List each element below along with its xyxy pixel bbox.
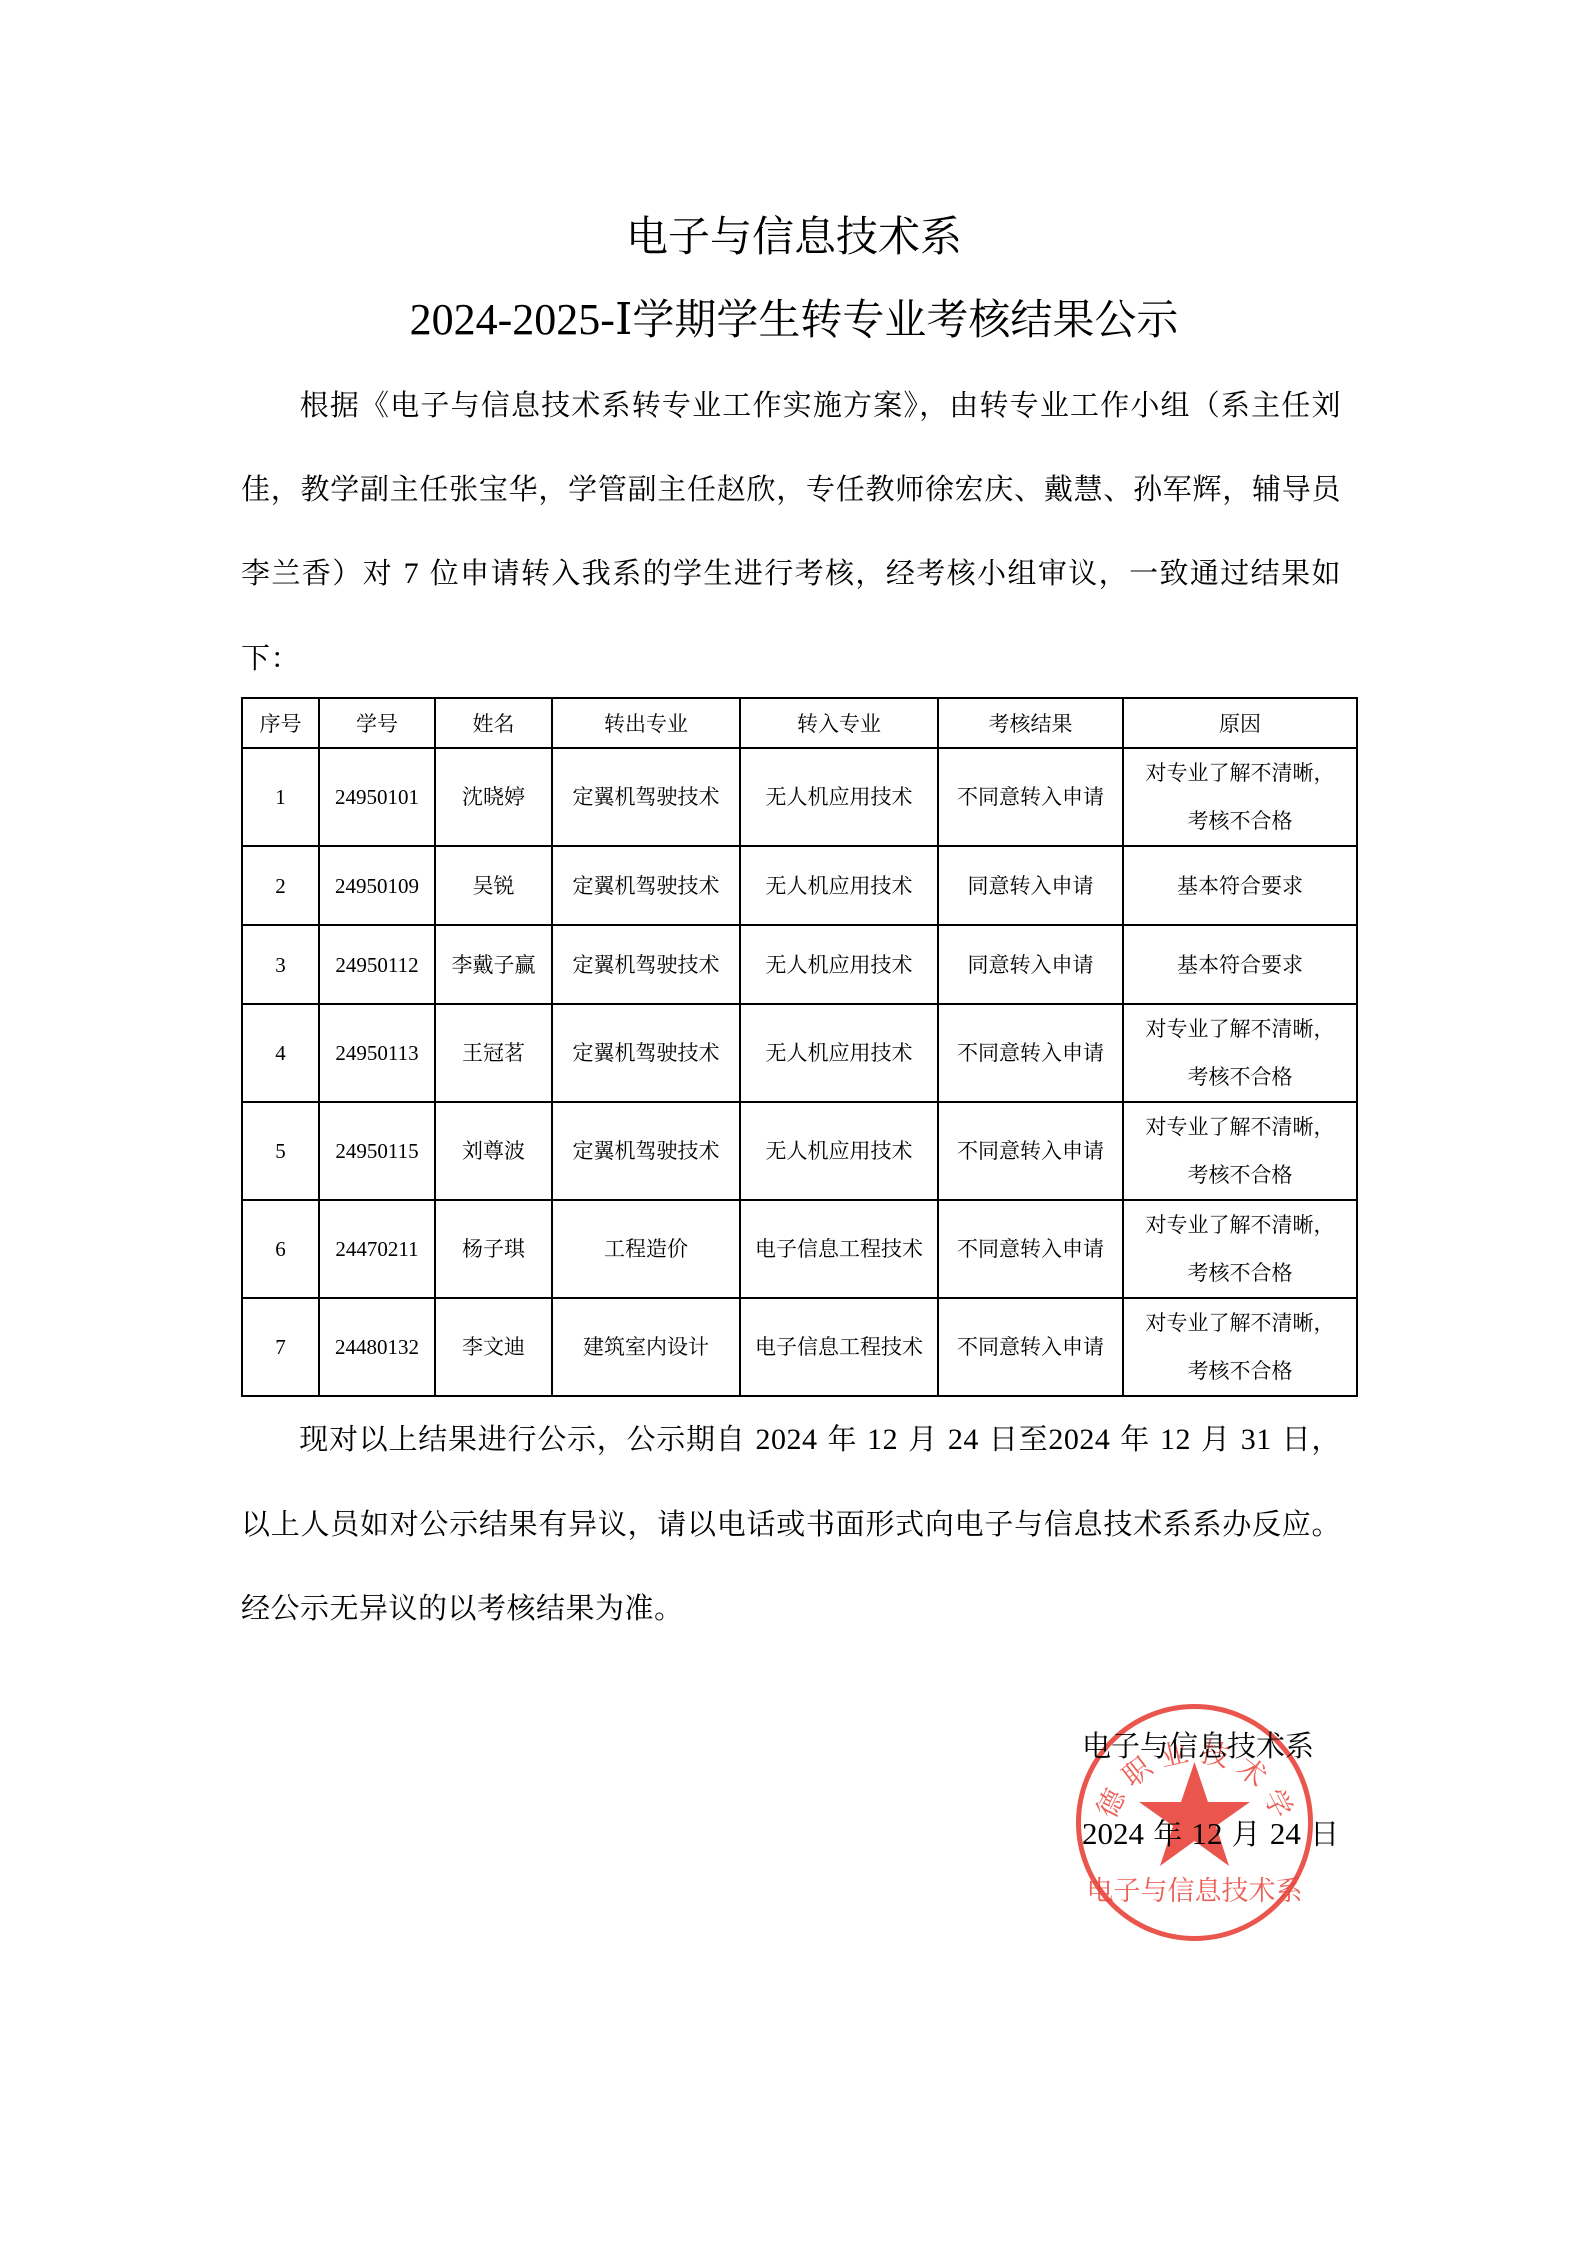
notice-to: 至 — [1019, 1422, 1049, 1456]
cell-reason: 对专业了解不清晰，考核不合格 — [1123, 1298, 1357, 1396]
department-title: 电子与信息技术系 — [0, 207, 1588, 267]
cell-name: 李戴子赢 — [435, 925, 552, 1004]
cell-reason: 对专业了解不清晰，考核不合格 — [1123, 1102, 1357, 1200]
applicant-count: 7 — [404, 557, 420, 590]
cell-result: 不同意转入申请 — [938, 1102, 1123, 1200]
cell-to-major: 电子信息工程技术 — [740, 1200, 938, 1298]
table-row: 3 24950112 李戴子赢 定翼机驾驶技术 无人机应用技术 同意转入申请 基… — [242, 925, 1357, 1004]
page-title: 2024-2025-Ⅰ学期学生转专业考核结果公示 — [0, 290, 1588, 350]
table-row: 1 24950101 沈晓婷 定翼机驾驶技术 无人机应用技术 不同意转入申请 对… — [242, 748, 1357, 846]
cell-from-major: 定翼机驾驶技术 — [552, 1102, 740, 1200]
cell-no: 1 — [242, 748, 319, 846]
cell-no: 6 — [242, 1200, 319, 1298]
header-no: 序号 — [242, 698, 319, 748]
table-row: 2 24950109 吴锐 定翼机驾驶技术 无人机应用技术 同意转入申请 基本符… — [242, 846, 1357, 925]
results-table: 序号 学号 姓名 转出专业 转入专业 考核结果 原因 1 24950101 沈晓… — [241, 697, 1358, 1397]
cell-to-major: 电子信息工程技术 — [740, 1298, 938, 1396]
sign-year: 2024 — [1082, 1816, 1144, 1851]
reason-line: 对专业了解不清晰， — [1130, 1005, 1350, 1053]
intro-paragraph: 根据《电子与信息技术系转专业工作实施方案》，由转专业工作小组（系主任刘佳，教学副… — [241, 363, 1341, 700]
header-name: 姓名 — [435, 698, 552, 748]
table-row: 4 24950113 王冠茗 定翼机驾驶技术 无人机应用技术 不同意转入申请 对… — [242, 1004, 1357, 1102]
table-row: 7 24480132 李文迪 建筑室内设计 电子信息工程技术 不同意转入申请 对… — [242, 1298, 1357, 1396]
cell-no: 5 — [242, 1102, 319, 1200]
cell-from-major: 定翼机驾驶技术 — [552, 1004, 740, 1102]
start-year: 2024 — [755, 1423, 817, 1456]
cell-name: 吴锐 — [435, 846, 552, 925]
cell-name: 沈晓婷 — [435, 748, 552, 846]
reason-line: 考核不合格 — [1130, 797, 1350, 845]
reason-line: 考核不合格 — [1130, 1347, 1350, 1395]
cell-student-id: 24950115 — [319, 1102, 435, 1200]
header-student-id: 学号 — [319, 698, 435, 748]
cell-student-id: 24470211 — [319, 1200, 435, 1298]
cell-from-major: 建筑室内设计 — [552, 1298, 740, 1396]
year-unit: 年 — [1120, 1422, 1150, 1456]
cell-result: 同意转入申请 — [938, 846, 1123, 925]
cell-student-id: 24950112 — [319, 925, 435, 1004]
cell-to-major: 无人机应用技术 — [740, 1102, 938, 1200]
year-unit: 年 — [827, 1422, 857, 1456]
seal-bottom-text: 电子与信息技术系 — [1087, 1876, 1303, 1907]
reason-line: 对专业了解不清晰， — [1130, 1103, 1350, 1151]
title-text: 学期学生转专业考核结果公示 — [632, 295, 1178, 344]
table-row: 6 24470211 杨子琪 工程造价 电子信息工程技术 不同意转入申请 对专业… — [242, 1200, 1357, 1298]
table-row: 5 24950115 刘尊波 定翼机驾驶技术 无人机应用技术 不同意转入申请 对… — [242, 1102, 1357, 1200]
sign-month-unit: 月 — [1232, 1817, 1261, 1851]
cell-name: 李文迪 — [435, 1298, 552, 1396]
cell-from-major: 定翼机驾驶技术 — [552, 748, 740, 846]
day-unit: 日 — [989, 1422, 1019, 1456]
notice-text-1: 现对以上结果进行公示，公示期自 — [299, 1422, 746, 1456]
notice-paragraph: 现对以上结果进行公示，公示期自 2024 年 12 月 24 日至2024 年 … — [241, 1397, 1341, 1650]
signature-date: 2024 年 12 月 24 日 — [1082, 1814, 1339, 1854]
cell-reason: 基本符合要求 — [1123, 846, 1357, 925]
header-to-major: 转入专业 — [740, 698, 938, 748]
cell-from-major: 定翼机驾驶技术 — [552, 846, 740, 925]
header-from-major: 转出专业 — [552, 698, 740, 748]
cell-student-id: 24950101 — [319, 748, 435, 846]
title-year: 2024-2025- — [410, 295, 615, 344]
cell-name: 杨子琪 — [435, 1200, 552, 1298]
cell-from-major: 工程造价 — [552, 1200, 740, 1298]
cell-to-major: 无人机应用技术 — [740, 846, 938, 925]
cell-student-id: 24950109 — [319, 846, 435, 925]
month-unit: 月 — [908, 1422, 938, 1456]
end-month: 12 — [1160, 1423, 1191, 1456]
cell-result: 不同意转入申请 — [938, 1298, 1123, 1396]
cell-to-major: 无人机应用技术 — [740, 1004, 938, 1102]
cell-no: 7 — [242, 1298, 319, 1396]
cell-result: 不同意转入申请 — [938, 748, 1123, 846]
cell-no: 4 — [242, 1004, 319, 1102]
cell-reason: 基本符合要求 — [1123, 925, 1357, 1004]
cell-reason: 对专业了解不清晰，考核不合格 — [1123, 1004, 1357, 1102]
cell-no: 3 — [242, 925, 319, 1004]
cell-to-major: 无人机应用技术 — [740, 748, 938, 846]
cell-student-id: 24950113 — [319, 1004, 435, 1102]
header-reason: 原因 — [1123, 698, 1357, 748]
sign-day-unit: 日 — [1310, 1817, 1339, 1851]
cell-result: 不同意转入申请 — [938, 1200, 1123, 1298]
cell-to-major: 无人机应用技术 — [740, 925, 938, 1004]
end-year: 2024 — [1048, 1423, 1110, 1456]
end-day: 31 — [1241, 1423, 1272, 1456]
start-month: 12 — [867, 1423, 898, 1456]
signature-department: 电子与信息技术系 — [1082, 1726, 1314, 1766]
table-header-row: 序号 学号 姓名 转出专业 转入专业 考核结果 原因 — [242, 698, 1357, 748]
sign-month: 12 — [1191, 1816, 1222, 1851]
cell-name: 王冠茗 — [435, 1004, 552, 1102]
cell-student-id: 24480132 — [319, 1298, 435, 1396]
reason-line: 考核不合格 — [1130, 1151, 1350, 1199]
cell-result: 同意转入申请 — [938, 925, 1123, 1004]
reason-line: 考核不合格 — [1130, 1053, 1350, 1101]
cell-no: 2 — [242, 846, 319, 925]
cell-name: 刘尊波 — [435, 1102, 552, 1200]
cell-reason: 对专业了解不清晰，考核不合格 — [1123, 1200, 1357, 1298]
sign-day: 24 — [1270, 1816, 1301, 1851]
month-unit: 月 — [1201, 1422, 1231, 1456]
cell-reason: 对专业了解不清晰，考核不合格 — [1123, 748, 1357, 846]
cell-from-major: 定翼机驾驶技术 — [552, 925, 740, 1004]
sign-year-unit: 年 — [1153, 1817, 1182, 1851]
start-day: 24 — [948, 1423, 979, 1456]
reason-line: 考核不合格 — [1130, 1249, 1350, 1297]
header-result: 考核结果 — [938, 698, 1123, 748]
reason-line: 对专业了解不清晰， — [1130, 1299, 1350, 1347]
cell-result: 不同意转入申请 — [938, 1004, 1123, 1102]
reason-line: 对专业了解不清晰， — [1130, 749, 1350, 797]
title-term: Ⅰ — [615, 295, 632, 344]
reason-line: 对专业了解不清晰， — [1130, 1201, 1350, 1249]
